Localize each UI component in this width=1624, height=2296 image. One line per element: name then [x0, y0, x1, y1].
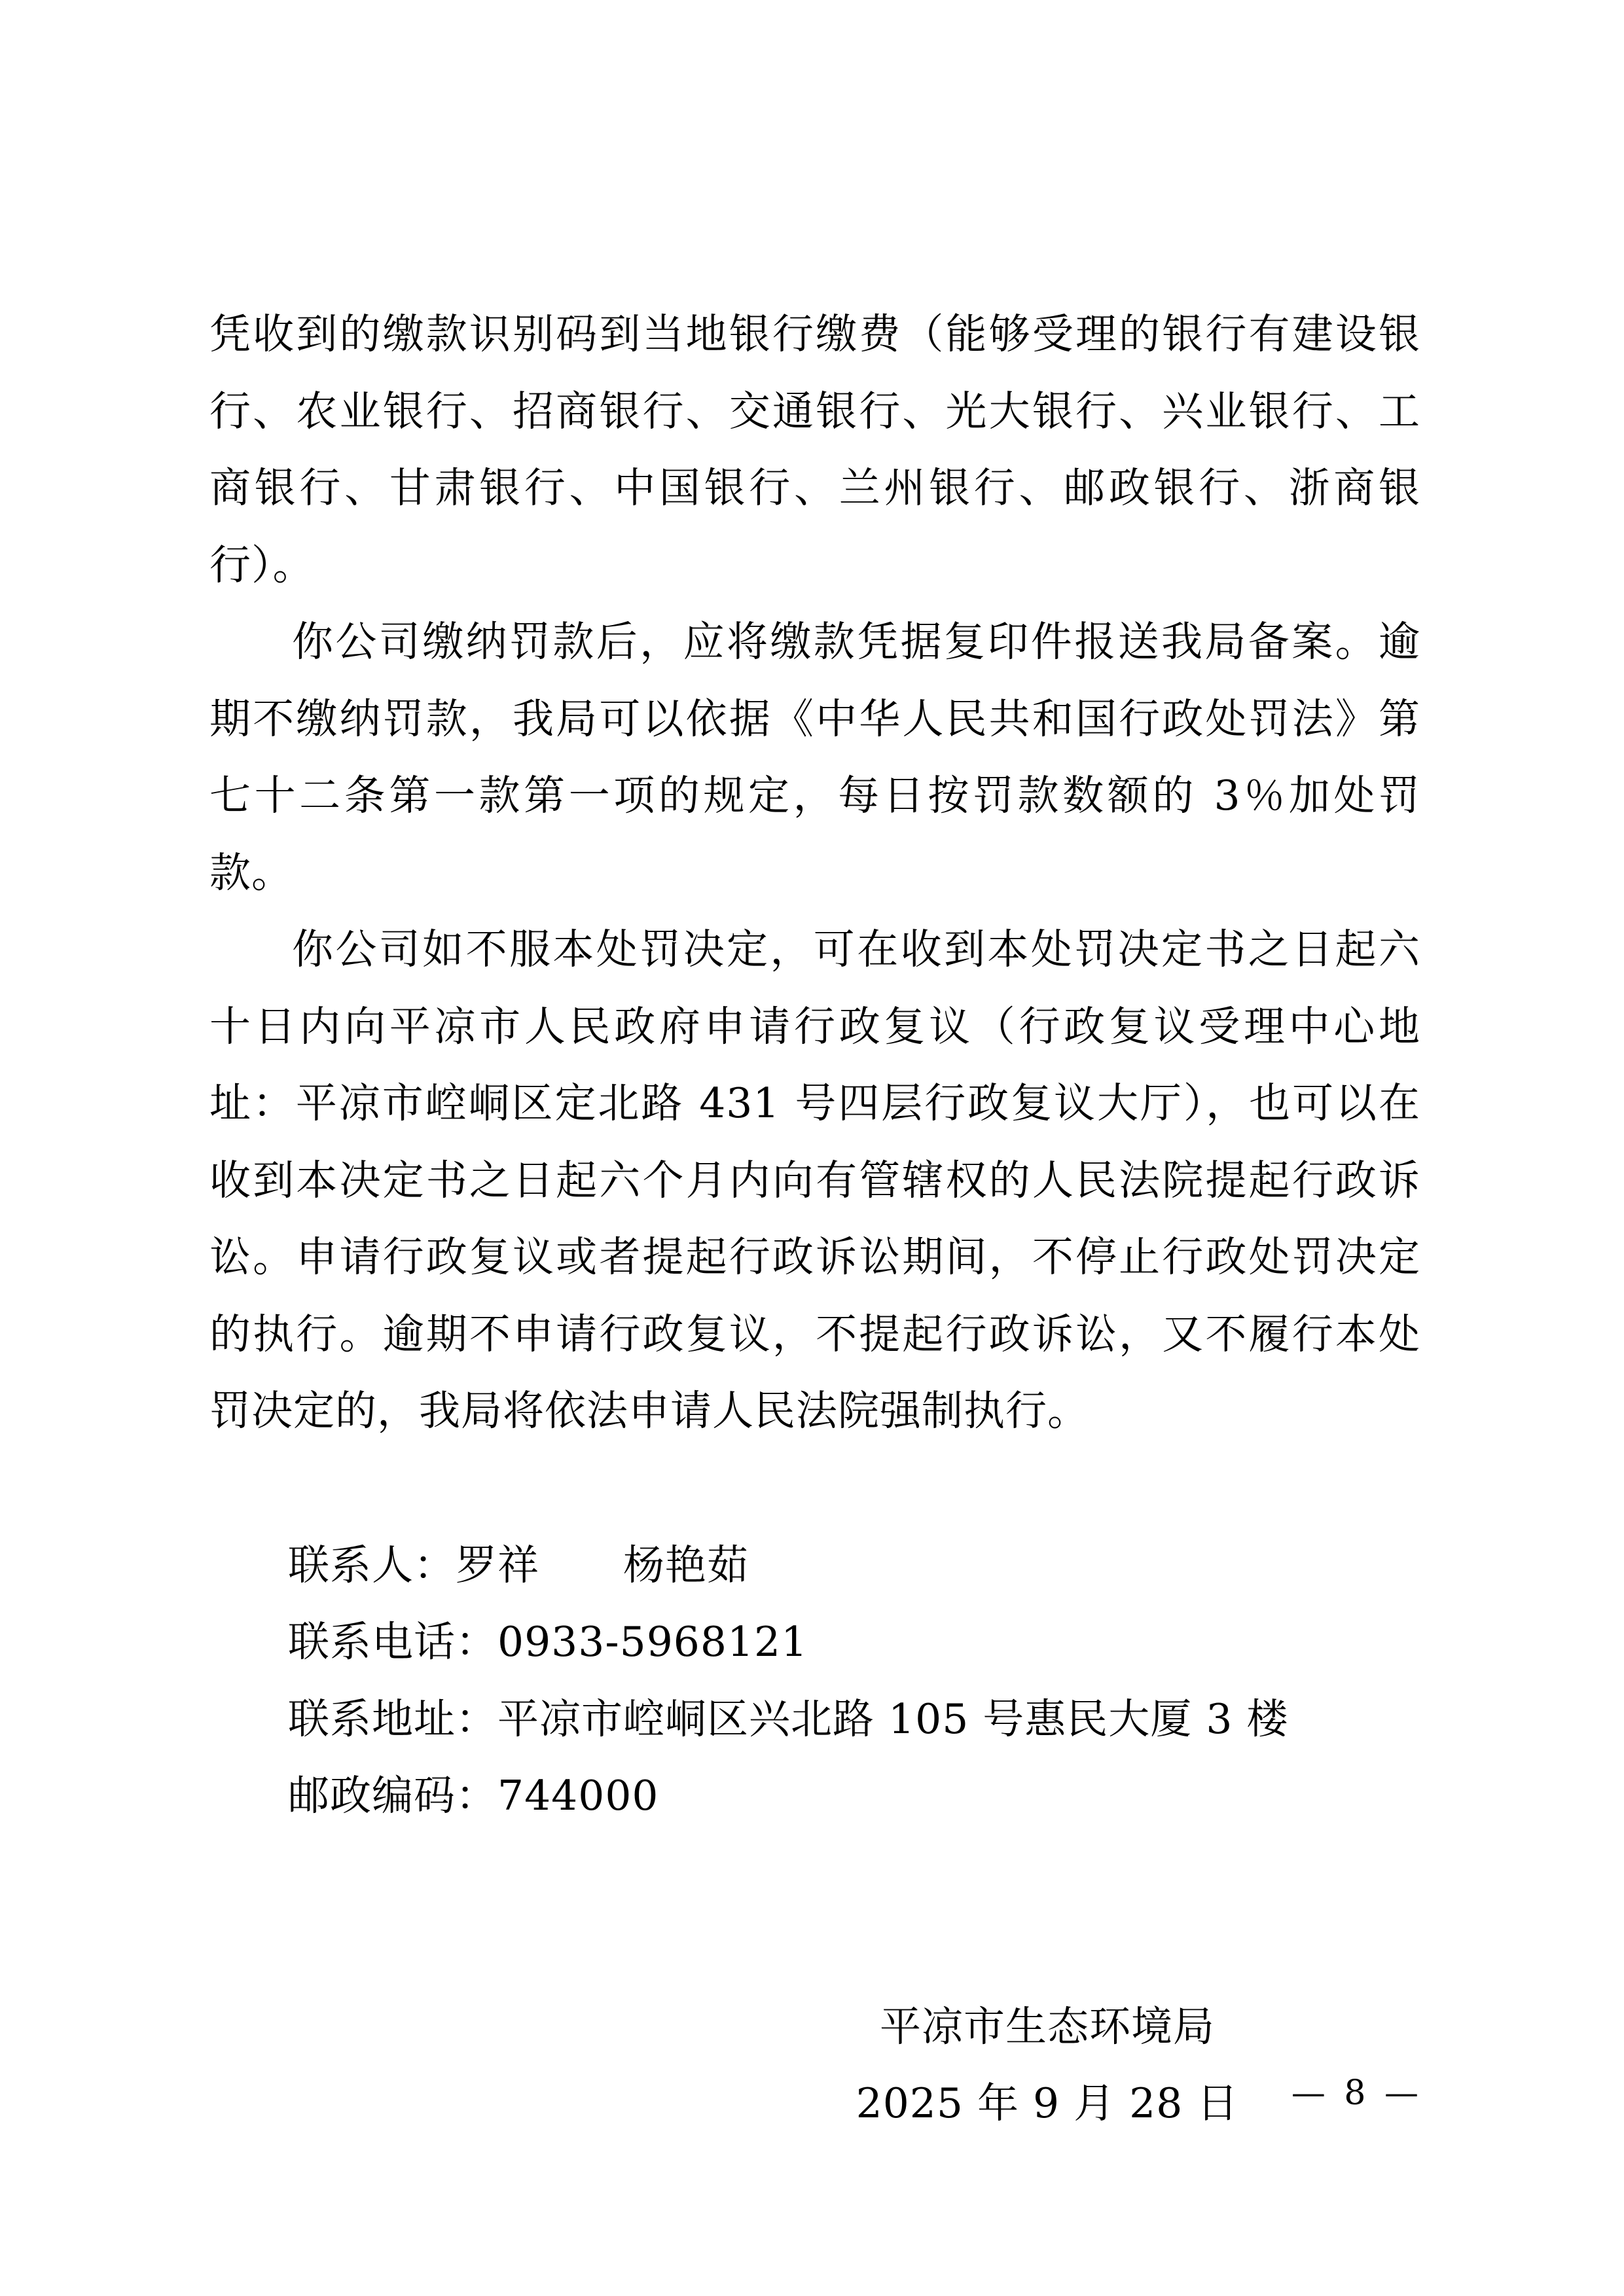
signature-block: 平凉市生态环境局 2025 年 9 月 28 日 [753, 1988, 1342, 2142]
contact-person-line: 联系人：罗祥 杨艳茹 [288, 1527, 1420, 1604]
page-number: — 8 — [1291, 2073, 1422, 2113]
signature-agency: 平凉市生态环境局 [753, 1988, 1342, 2066]
signature-date: 2025 年 9 月 28 日 [753, 2065, 1342, 2142]
body-paragraph-late-penalty: 你公司缴纳罚款后，应将缴款凭据复印件报送我局备案。逾期不缴纳罚款，我局可以依据《… [209, 603, 1420, 911]
contact-postcode-line: 邮政编码：744000 [288, 1757, 1420, 1835]
document-page: 凭收到的缴款识别码到当地银行缴费（能够受理的银行有建设银行、农业银行、招商银行、… [0, 0, 1624, 2296]
contact-phone-line: 联系电话：0933-5968121 [288, 1604, 1420, 1681]
contact-address-line: 联系地址：平凉市崆峒区兴北路 105 号惠民大厦 3 楼 [288, 1681, 1420, 1758]
body-paragraph-appeal-rights: 你公司如不服本处罚决定，可在收到本处罚决定书之日起六十日内向平凉市人民政府申请行… [209, 911, 1420, 1450]
contact-block: 联系人：罗祥 杨艳茹 联系电话：0933-5968121 联系地址：平凉市崆峒区… [209, 1527, 1420, 1835]
document-body: 凭收到的缴款识别码到当地银行缴费（能够受理的银行有建设银行、农业银行、招商银行、… [209, 296, 1420, 2142]
body-paragraph-payment-banks: 凭收到的缴款识别码到当地银行缴费（能够受理的银行有建设银行、农业银行、招商银行、… [209, 296, 1420, 603]
